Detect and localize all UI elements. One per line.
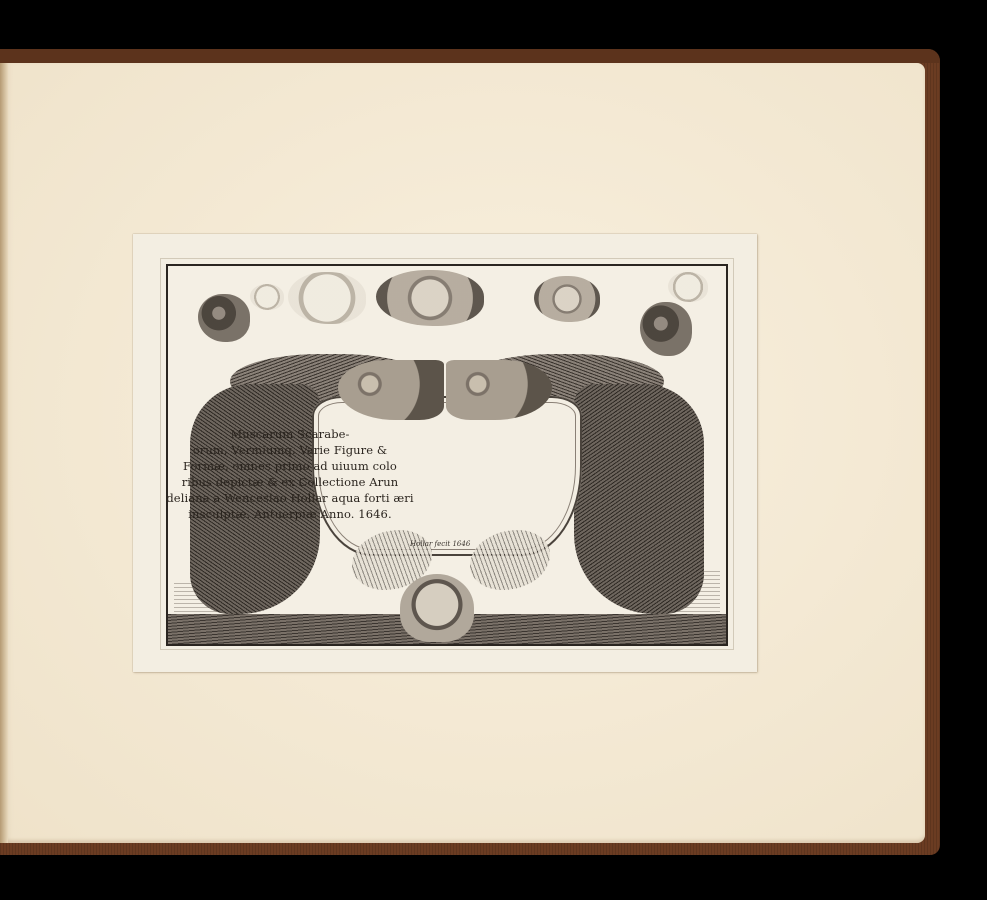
moth-wing-right bbox=[446, 360, 552, 420]
title-line: ribus depictæ & ex Collectione Arun bbox=[150, 474, 430, 490]
page-gutter bbox=[0, 63, 8, 843]
butterfly-icon bbox=[198, 294, 250, 342]
cartouche-right-volute bbox=[574, 384, 704, 614]
butterfly-icon bbox=[376, 270, 484, 326]
title-line: Formæ, omnes primo ad uiuum colo bbox=[150, 458, 430, 474]
title-line: deliana a Wenceslao Hollar aqua forti ær… bbox=[150, 490, 430, 506]
album-cover-top-edge bbox=[0, 49, 940, 63]
engraver-signature: Hollar fecit 1646 bbox=[410, 540, 470, 548]
butterfly-icon bbox=[640, 302, 692, 356]
moth-icon bbox=[250, 284, 284, 310]
butterfly-icon bbox=[534, 276, 600, 322]
beetle-icon bbox=[400, 574, 474, 642]
central-moth-icon bbox=[338, 360, 552, 422]
moth-icon bbox=[668, 272, 708, 302]
title-line: Muscarum Scarabe- bbox=[150, 426, 430, 442]
title-line: insculptæ. Antuerpiæ Anno. 1646. bbox=[150, 506, 430, 522]
butterfly-icon bbox=[288, 272, 366, 324]
plate-title: Muscarum Scarabe- orum, Vermiumq. Varie … bbox=[150, 426, 430, 522]
title-line: orum, Vermiumq. Varie Figure & bbox=[150, 442, 430, 458]
moth-wing-left bbox=[338, 360, 444, 420]
